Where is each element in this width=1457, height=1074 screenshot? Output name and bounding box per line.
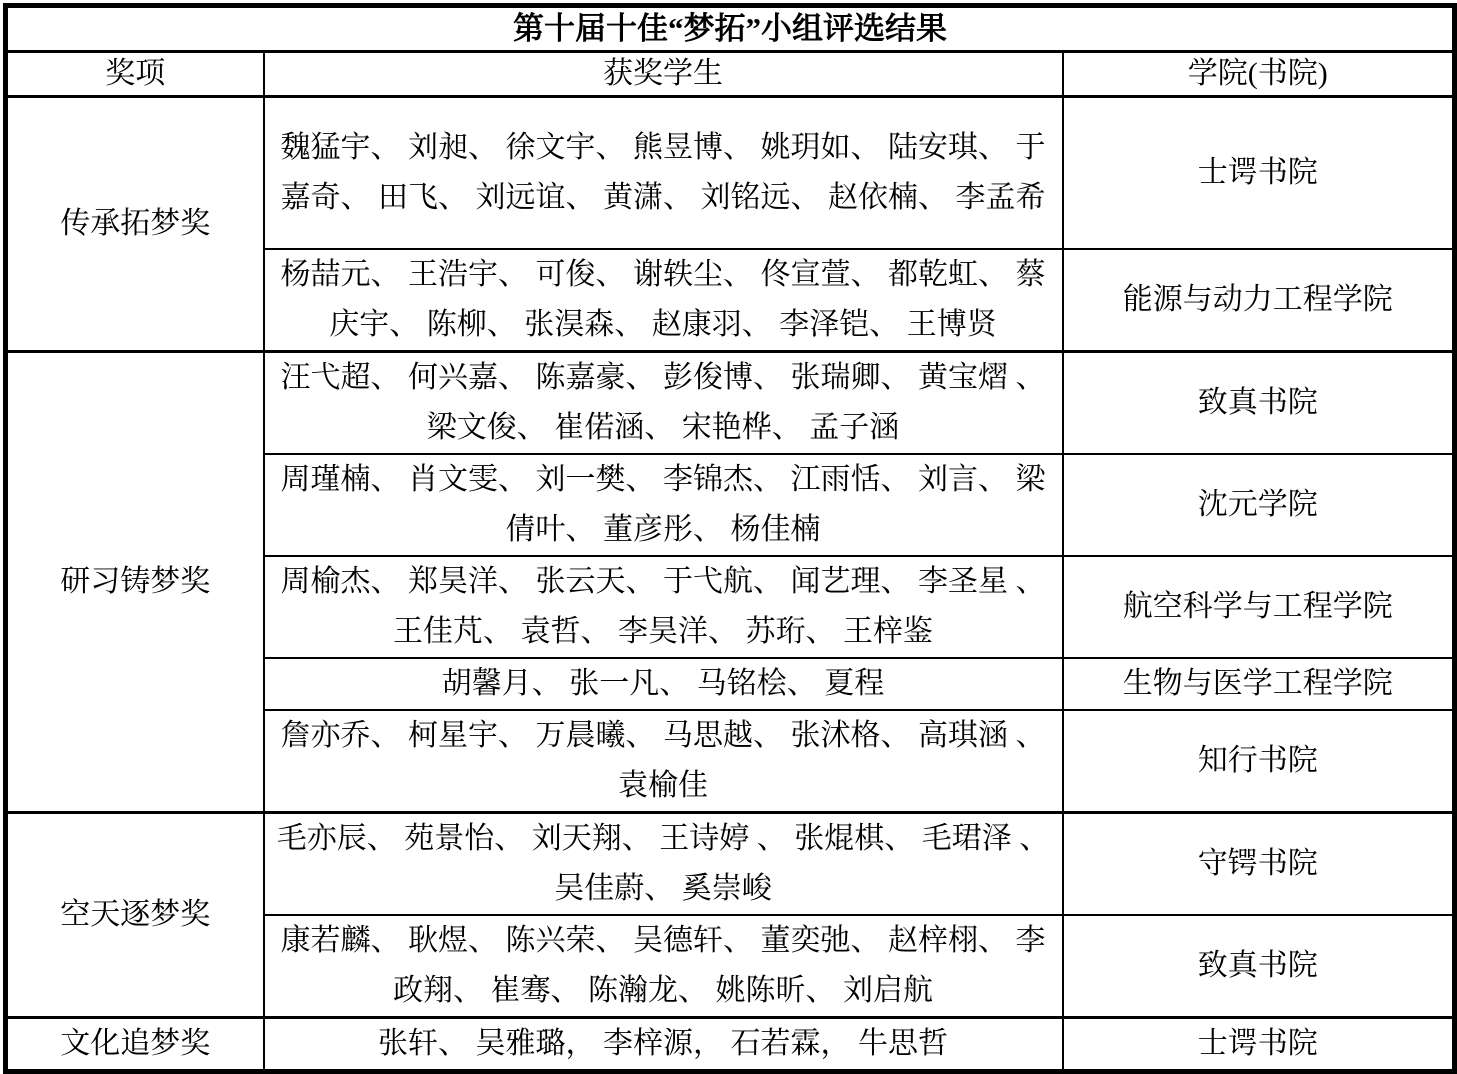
college-cell: 士谔书院: [1063, 1018, 1455, 1072]
students-cell: 张轩、 吴雅璐， 李梓源， 石若霖， 牛思哲: [264, 1018, 1063, 1072]
table-header-row: 奖项 获奖学生 学院(书院): [6, 52, 1455, 97]
header-college: 学院(书院): [1063, 52, 1455, 97]
college-cell: 航空科学与工程学院: [1063, 556, 1455, 658]
header-students: 获奖学生: [264, 52, 1063, 97]
college-cell: 致真书院: [1063, 352, 1455, 455]
document-page: 第十届十佳“梦拓”小组评选结果 奖项 获奖学生 学院(书院) 传承拓梦奖 魏猛宇…: [0, 3, 1457, 1073]
students-cell: 周榆杰、 郑昊洋、 张云天、 于弋航、 闻艺理、 李圣星 、王佳芃、 袁哲、 李…: [264, 556, 1063, 658]
award-cell: 空天逐梦奖: [6, 813, 264, 1018]
students-cell: 胡馨月、 张一凡、 马铭桧、 夏程: [264, 658, 1063, 710]
students-cell: 毛亦辰、 苑景怡、 刘天翔、 王诗婷 、 张焜棋、 毛珺泽 、吴佳蔚、 奚崇峻: [264, 813, 1063, 916]
table-title: 第十届十佳“梦拓”小组评选结果: [6, 6, 1455, 52]
college-cell: 士谔书院: [1063, 97, 1455, 250]
table-row: 文化追梦奖 张轩、 吴雅璐， 李梓源， 石若霖， 牛思哲 士谔书院: [6, 1018, 1455, 1072]
table-row: 研习铸梦奖 汪弋超、 何兴嘉、 陈嘉豪、 彭俊博、 张瑞卿、 黄宝熠 、梁文俊、…: [6, 352, 1455, 455]
table-row: 传承拓梦奖 魏猛宇、 刘昶、 徐文宇、 熊昱博、 姚玥如、 陆安琪、 于嘉奇、 …: [6, 97, 1455, 250]
college-cell: 知行书院: [1063, 710, 1455, 813]
college-cell: 守锷书院: [1063, 813, 1455, 916]
students-cell: 杨喆元、 王浩宇、 可俊、 谢轶尘、 佟宣萱、 都乾虹、 蔡庆宇、 陈柳、 张淏…: [264, 249, 1063, 352]
college-cell: 生物与医学工程学院: [1063, 658, 1455, 710]
award-cell: 研习铸梦奖: [6, 352, 264, 813]
college-cell: 能源与动力工程学院: [1063, 249, 1455, 352]
header-award: 奖项: [6, 52, 264, 97]
award-cell: 文化追梦奖: [6, 1018, 264, 1072]
students-cell: 汪弋超、 何兴嘉、 陈嘉豪、 彭俊博、 张瑞卿、 黄宝熠 、梁文俊、 崔偌涵、 …: [264, 352, 1063, 455]
students-cell: 康若麟、 耿煜、 陈兴荣、 吴德轩、 董奕弛、 赵梓栩、 李政翔、 崔骞、 陈瀚…: [264, 915, 1063, 1018]
students-cell: 周瑾楠、 肖文雯、 刘一樊、 李锦杰、 江雨恬、 刘言、 梁倩叶、 董彦彤、 杨…: [264, 454, 1063, 556]
students-cell: 詹亦乔、 柯星宇、 万晨曦、 马思越、 张沭格、 高琪涵 、袁榆佳: [264, 710, 1063, 813]
award-results-table: 第十届十佳“梦拓”小组评选结果 奖项 获奖学生 学院(书院) 传承拓梦奖 魏猛宇…: [3, 3, 1457, 1074]
college-cell: 沈元学院: [1063, 454, 1455, 556]
students-cell: 魏猛宇、 刘昶、 徐文宇、 熊昱博、 姚玥如、 陆安琪、 于嘉奇、 田飞、 刘远…: [264, 97, 1063, 250]
table-row: 空天逐梦奖 毛亦辰、 苑景怡、 刘天翔、 王诗婷 、 张焜棋、 毛珺泽 、吴佳蔚…: [6, 813, 1455, 916]
college-cell: 致真书院: [1063, 915, 1455, 1018]
award-cell: 传承拓梦奖: [6, 97, 264, 352]
table-title-row: 第十届十佳“梦拓”小组评选结果: [6, 6, 1455, 52]
